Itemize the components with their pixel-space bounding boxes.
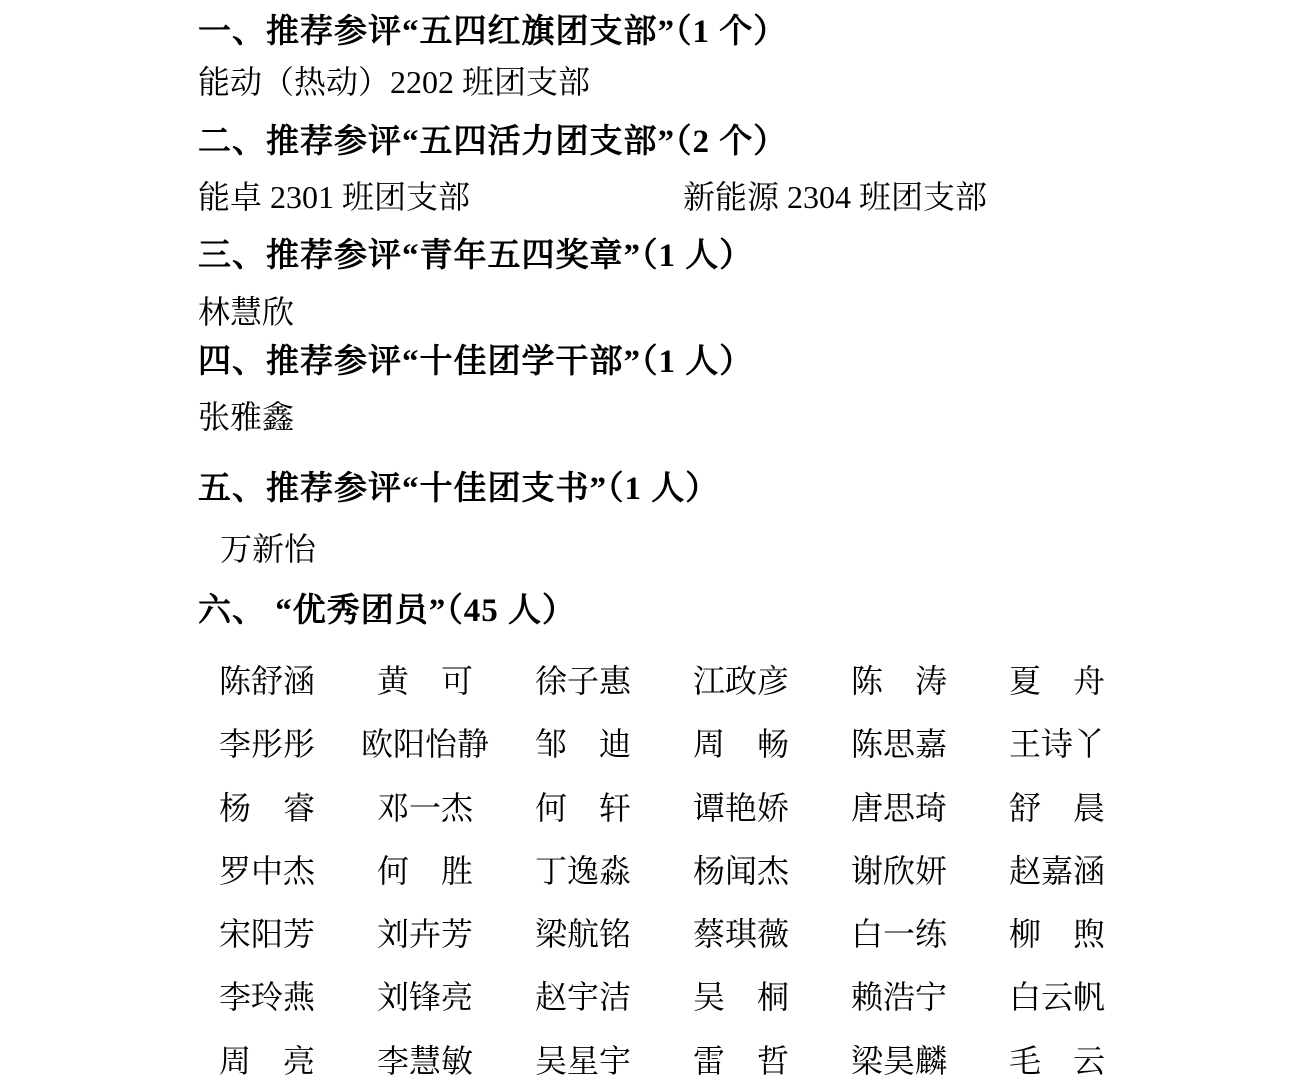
member-name: 毛 云: [978, 1043, 1136, 1079]
member-name: 梁昊麟: [820, 1043, 978, 1079]
section-4-heading: 四、推荐参评“十佳团学干部”（1 人）: [198, 344, 753, 380]
member-name: 赵嘉涵: [978, 853, 1136, 889]
member-name: 夏 舟: [978, 663, 1136, 699]
section-5-entry: 万新怡: [220, 531, 316, 567]
section-2-entry-2: 新能源 2304 班团支部: [683, 179, 987, 215]
member-name: 谭艳娇: [662, 790, 820, 826]
member-row-1: 陈舒涵 黄 可 徐子惠 江政彦 陈 涛 夏 舟: [188, 663, 1138, 699]
member-row-7: 周 亮 李慧敏 吴星宇 雷 哲 梁昊麟 毛 云: [188, 1043, 1138, 1079]
member-name: 徐子惠: [504, 663, 662, 699]
section-5-heading: 五、推荐参评“十佳团支书”（1 人）: [198, 471, 719, 507]
member-name: 赵宇洁: [504, 979, 662, 1015]
member-name: 白云帆: [978, 979, 1136, 1015]
member-name: 周 畅: [662, 726, 820, 762]
member-name: 吴星宇: [504, 1043, 662, 1079]
member-name: 李慧敏: [346, 1043, 504, 1079]
member-name: 何 胜: [346, 853, 504, 889]
member-name: 黄 可: [346, 663, 504, 699]
member-name: 江政彦: [662, 663, 820, 699]
member-name: 赖浩宁: [820, 979, 978, 1015]
member-name: 李彤彤: [188, 726, 346, 762]
member-row-3: 杨 睿 邓一杰 何 轩 谭艳娇 唐思琦 舒 晨: [188, 790, 1138, 826]
member-name: 陈 涛: [820, 663, 978, 699]
member-name: 唐思琦: [820, 790, 978, 826]
member-name: 欧阳怡静: [346, 726, 504, 762]
member-name: 刘卉芳: [346, 916, 504, 952]
member-name: 李玲燕: [188, 979, 346, 1015]
member-name: 陈思嘉: [820, 726, 978, 762]
member-name: 谢欣妍: [820, 853, 978, 889]
member-name: 罗中杰: [188, 853, 346, 889]
section-3-entry: 林慧欣: [198, 294, 294, 330]
member-name: 吴 桐: [662, 979, 820, 1015]
member-name: 何 轩: [504, 790, 662, 826]
member-name: 宋阳芳: [188, 916, 346, 952]
member-name: 邹 迪: [504, 726, 662, 762]
section-1-heading: 一、推荐参评“五四红旗团支部”（1 个）: [198, 14, 787, 50]
member-row-5: 宋阳芳 刘卉芳 梁航铭 蔡琪薇 白一练 柳 煦: [188, 916, 1138, 952]
member-name: 周 亮: [188, 1043, 346, 1079]
section-2-heading: 二、推荐参评“五四活力团支部”（2 个）: [198, 124, 787, 160]
member-name: 邓一杰: [346, 790, 504, 826]
section-3-heading: 三、推荐参评“青年五四奖章”（1 人）: [198, 238, 753, 274]
section-4-entry: 张雅鑫: [198, 399, 294, 435]
member-name: 雷 哲: [662, 1043, 820, 1079]
member-name: 梁航铭: [504, 916, 662, 952]
member-name: 陈舒涵: [188, 663, 346, 699]
member-name: 白一练: [820, 916, 978, 952]
member-name: 杨闻杰: [662, 853, 820, 889]
section-2-entry-1: 能卓 2301 班团支部: [198, 179, 470, 215]
section-6-heading: 六、 “优秀团员”（45 人）: [198, 593, 576, 629]
member-name: 丁逸淼: [504, 853, 662, 889]
member-row-6: 李玲燕 刘锋亮 赵宇洁 吴 桐 赖浩宁 白云帆: [188, 979, 1138, 1015]
member-name: 杨 睿: [188, 790, 346, 826]
member-name: 柳 煦: [978, 916, 1136, 952]
member-name: 刘锋亮: [346, 979, 504, 1015]
member-name: 蔡琪薇: [662, 916, 820, 952]
section-1-entry: 能动（热动）2202 班团支部: [198, 64, 590, 100]
member-row-4: 罗中杰 何 胜 丁逸淼 杨闻杰 谢欣妍 赵嘉涵: [188, 853, 1138, 889]
member-row-2: 李彤彤 欧阳怡静 邹 迪 周 畅 陈思嘉 王诗丫: [188, 726, 1138, 762]
member-name: 舒 晨: [978, 790, 1136, 826]
award-recommendation-document: 一、推荐参评“五四红旗团支部”（1 个） 能动（热动）2202 班团支部 二、推…: [0, 0, 1309, 1080]
member-name: 王诗丫: [978, 726, 1136, 762]
